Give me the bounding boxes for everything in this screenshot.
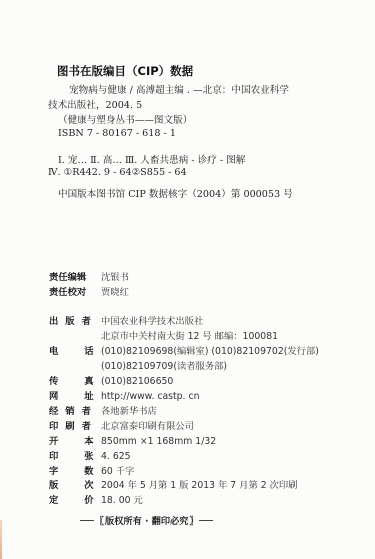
cip-line-publisher-date: 技术出版社，2004. 5 [48, 97, 142, 111]
credit-label: 版次 [49, 479, 99, 493]
decorative-rule-left [80, 520, 94, 521]
credit-value: (010)82109698(编辑室) (010)82109702(发行部) [101, 345, 319, 359]
credit-value: 沈银书 [101, 271, 129, 285]
credit-value: 60 千字 [101, 465, 134, 479]
credit-label: 网址 [49, 390, 99, 404]
credit-label: 印张 [49, 450, 99, 464]
cip-line-classification: Ⅳ. ①R442. 9 - 64②S855 - 64 [48, 167, 187, 178]
decorative-rule-right [199, 520, 213, 521]
copyright-text: 版权所有 · 翻印必究 [105, 513, 188, 527]
credit-label: 印刷者 [49, 420, 99, 434]
left-ornament-icon: 〖 [94, 514, 105, 527]
credit-value: http://www. castp. cn [101, 390, 199, 404]
credit-value: 北京富泰印刷有限公司 [101, 420, 194, 434]
credit-label: 责任编辑 [49, 271, 99, 285]
credit-value: 中国农业科学技术出版社 [101, 315, 203, 329]
cip-line-cip-number: 中国版本图书馆 CIP 数据核字（2004）第 000053 号 [58, 186, 293, 200]
credit-label: 电话 [49, 345, 99, 359]
credit-value: 2004 年 5 月第 1 版 2013 年 7 月第 2 次印刷 [101, 479, 297, 493]
credit-label: 出版者 [49, 315, 99, 329]
credit-value: (010)82106650 [101, 375, 173, 389]
credit-value: 各地新华书店 [101, 405, 157, 419]
credit-label: 定价 [49, 494, 99, 508]
credit-value: 18. 00 元 [101, 494, 143, 508]
right-ornament-icon: 〗 [188, 514, 199, 527]
credit-value: (010)82109709(读者服务部) [101, 360, 227, 374]
credit-label: 责任校对 [49, 286, 99, 300]
credit-value: 850mm ×1 168mm 1/32 [101, 435, 216, 449]
credit-label: 字数 [49, 465, 99, 479]
credit-label: 开本 [49, 435, 99, 449]
cip-line-title-author: 宠物病与健康 / 高溥超主编 . —北京：中国农业科学 [69, 82, 289, 96]
page-edge-shadow [0, 520, 2, 559]
credit-label: 传真 [49, 375, 99, 389]
credit-value: 贾晓红 [101, 286, 129, 300]
cip-title: 图书在版编目（CIP）数据 [57, 63, 193, 79]
credit-value: 4. 625 [101, 450, 131, 464]
credit-value: 北京市中关村南大街 12 号 邮编：100081 [101, 330, 278, 344]
copyright-notice: 〖 版权所有 · 翻印必究 〗 [80, 513, 213, 527]
cip-line-subjects: Ⅰ. 宠… Ⅱ. 高… Ⅲ. 人畜共患病 - 诊疗 - 图解 [58, 152, 245, 166]
credit-label: 经销者 [49, 405, 99, 419]
cip-line-isbn: ISBN 7 - 80167 - 618 - 1 [58, 128, 176, 139]
cip-line-series: （健康与塑身丛书——图文版） [58, 112, 192, 126]
